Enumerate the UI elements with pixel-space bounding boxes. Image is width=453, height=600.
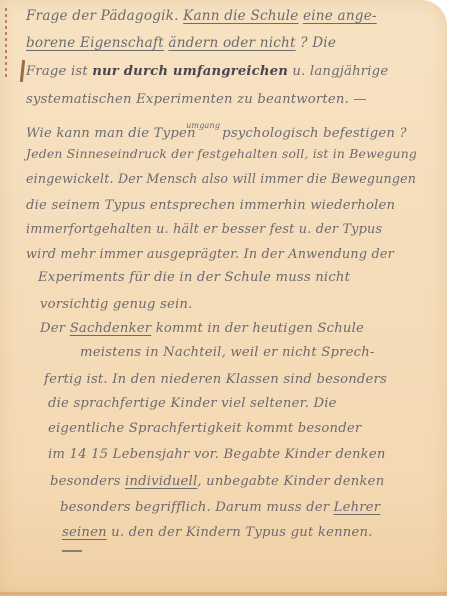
line-19: besonders individuell, unbegabte Kinder …: [50, 474, 384, 489]
underlined-phrase: seinen: [62, 525, 107, 540]
line-6: Jeden Sinneseindruck der festgehalten so…: [26, 146, 417, 161]
line-text: besonders: [50, 474, 125, 489]
end-dash: [62, 550, 82, 552]
underlined-phrase: eine ange-: [303, 8, 377, 24]
underlined-phrase: Lehrer: [334, 500, 381, 515]
line-21: seinen u. den der Kindern Typus gut kenn…: [62, 525, 373, 540]
underlined-phrase: Sachdenker: [70, 321, 152, 336]
line-15: fertig ist. In den niederen Klassen sind…: [44, 372, 387, 387]
manuscript-page: Frage der Pädagogik. Kann die Schule ein…: [0, 0, 447, 595]
line-text: , unbegabte Kinder denken: [197, 474, 384, 489]
line-9: immerfortgehalten u. hält er besser fest…: [26, 222, 382, 237]
underlined-phrase: individuell: [125, 474, 197, 489]
line-2: borene Eigenschaft ändern oder nicht ? D…: [26, 35, 336, 51]
underlined-phrase: ändern oder nicht: [168, 35, 295, 51]
line-11: Experiments für die in der Schule muss n…: [38, 270, 350, 285]
line-text: Der: [40, 321, 70, 336]
line-5: Wie kann man die Typen umgangpsychologis…: [26, 121, 407, 141]
line-text: Frage ist: [26, 64, 92, 79]
line-4: systematischen Experimenten zu beantwort…: [26, 92, 367, 107]
line-1: Frage der Pädagogik. Kann die Schule ein…: [26, 8, 377, 24]
handwritten-text: Frage der Pädagogik. Kann die Schule ein…: [0, 0, 447, 595]
underlined-phrase: Kann die Schule: [183, 8, 298, 24]
bold-phrase: nur durch umfangreichen: [92, 64, 288, 79]
underlined-phrase: borene Eigenschaft: [26, 35, 164, 51]
line-16: die sprachfertige Kinder viel seltener. …: [48, 396, 337, 411]
line-10: wird mehr immer ausgeprägter. In der Anw…: [26, 247, 394, 262]
line-text: Wie kann man die Typen: [26, 126, 200, 141]
line-text: kommt in der heutigen Schule: [151, 321, 364, 336]
line-17: eigentliche Sprachfertigkeit kommt beson…: [48, 421, 361, 436]
line-18: im 14 15 Lebensjahr vor. Begabte Kinder …: [48, 447, 386, 462]
interlinear-insertion: umgang: [186, 121, 220, 130]
line-12: vorsichtig genug sein.: [40, 297, 192, 312]
line-14: meistens in Nachteil, weil er nicht Spre…: [80, 345, 375, 360]
line-text: ? Die: [296, 35, 336, 51]
line-20: besonders begrifflich. Darum muss der Le…: [60, 500, 380, 515]
line-13: Der Sachdenker kommt in der heutigen Sch…: [40, 321, 364, 336]
page-edge: [0, 592, 447, 596]
line-text: psychologisch befestigen ?: [222, 126, 407, 141]
line-text: u. langjährige: [288, 64, 388, 79]
line-text: Frage der Pädagogik.: [26, 8, 183, 24]
line-8: die seinem Typus entsprechen immerhin wi…: [26, 198, 395, 213]
line-7: eingewickelt. Der Mensch also will immer…: [26, 171, 416, 186]
line-text: besonders begrifflich. Darum muss der: [60, 500, 334, 515]
line-text: u. den der Kindern Typus gut kennen.: [107, 525, 373, 540]
line-3: Frage ist nur durch umfangreichen u. lan…: [26, 64, 388, 79]
